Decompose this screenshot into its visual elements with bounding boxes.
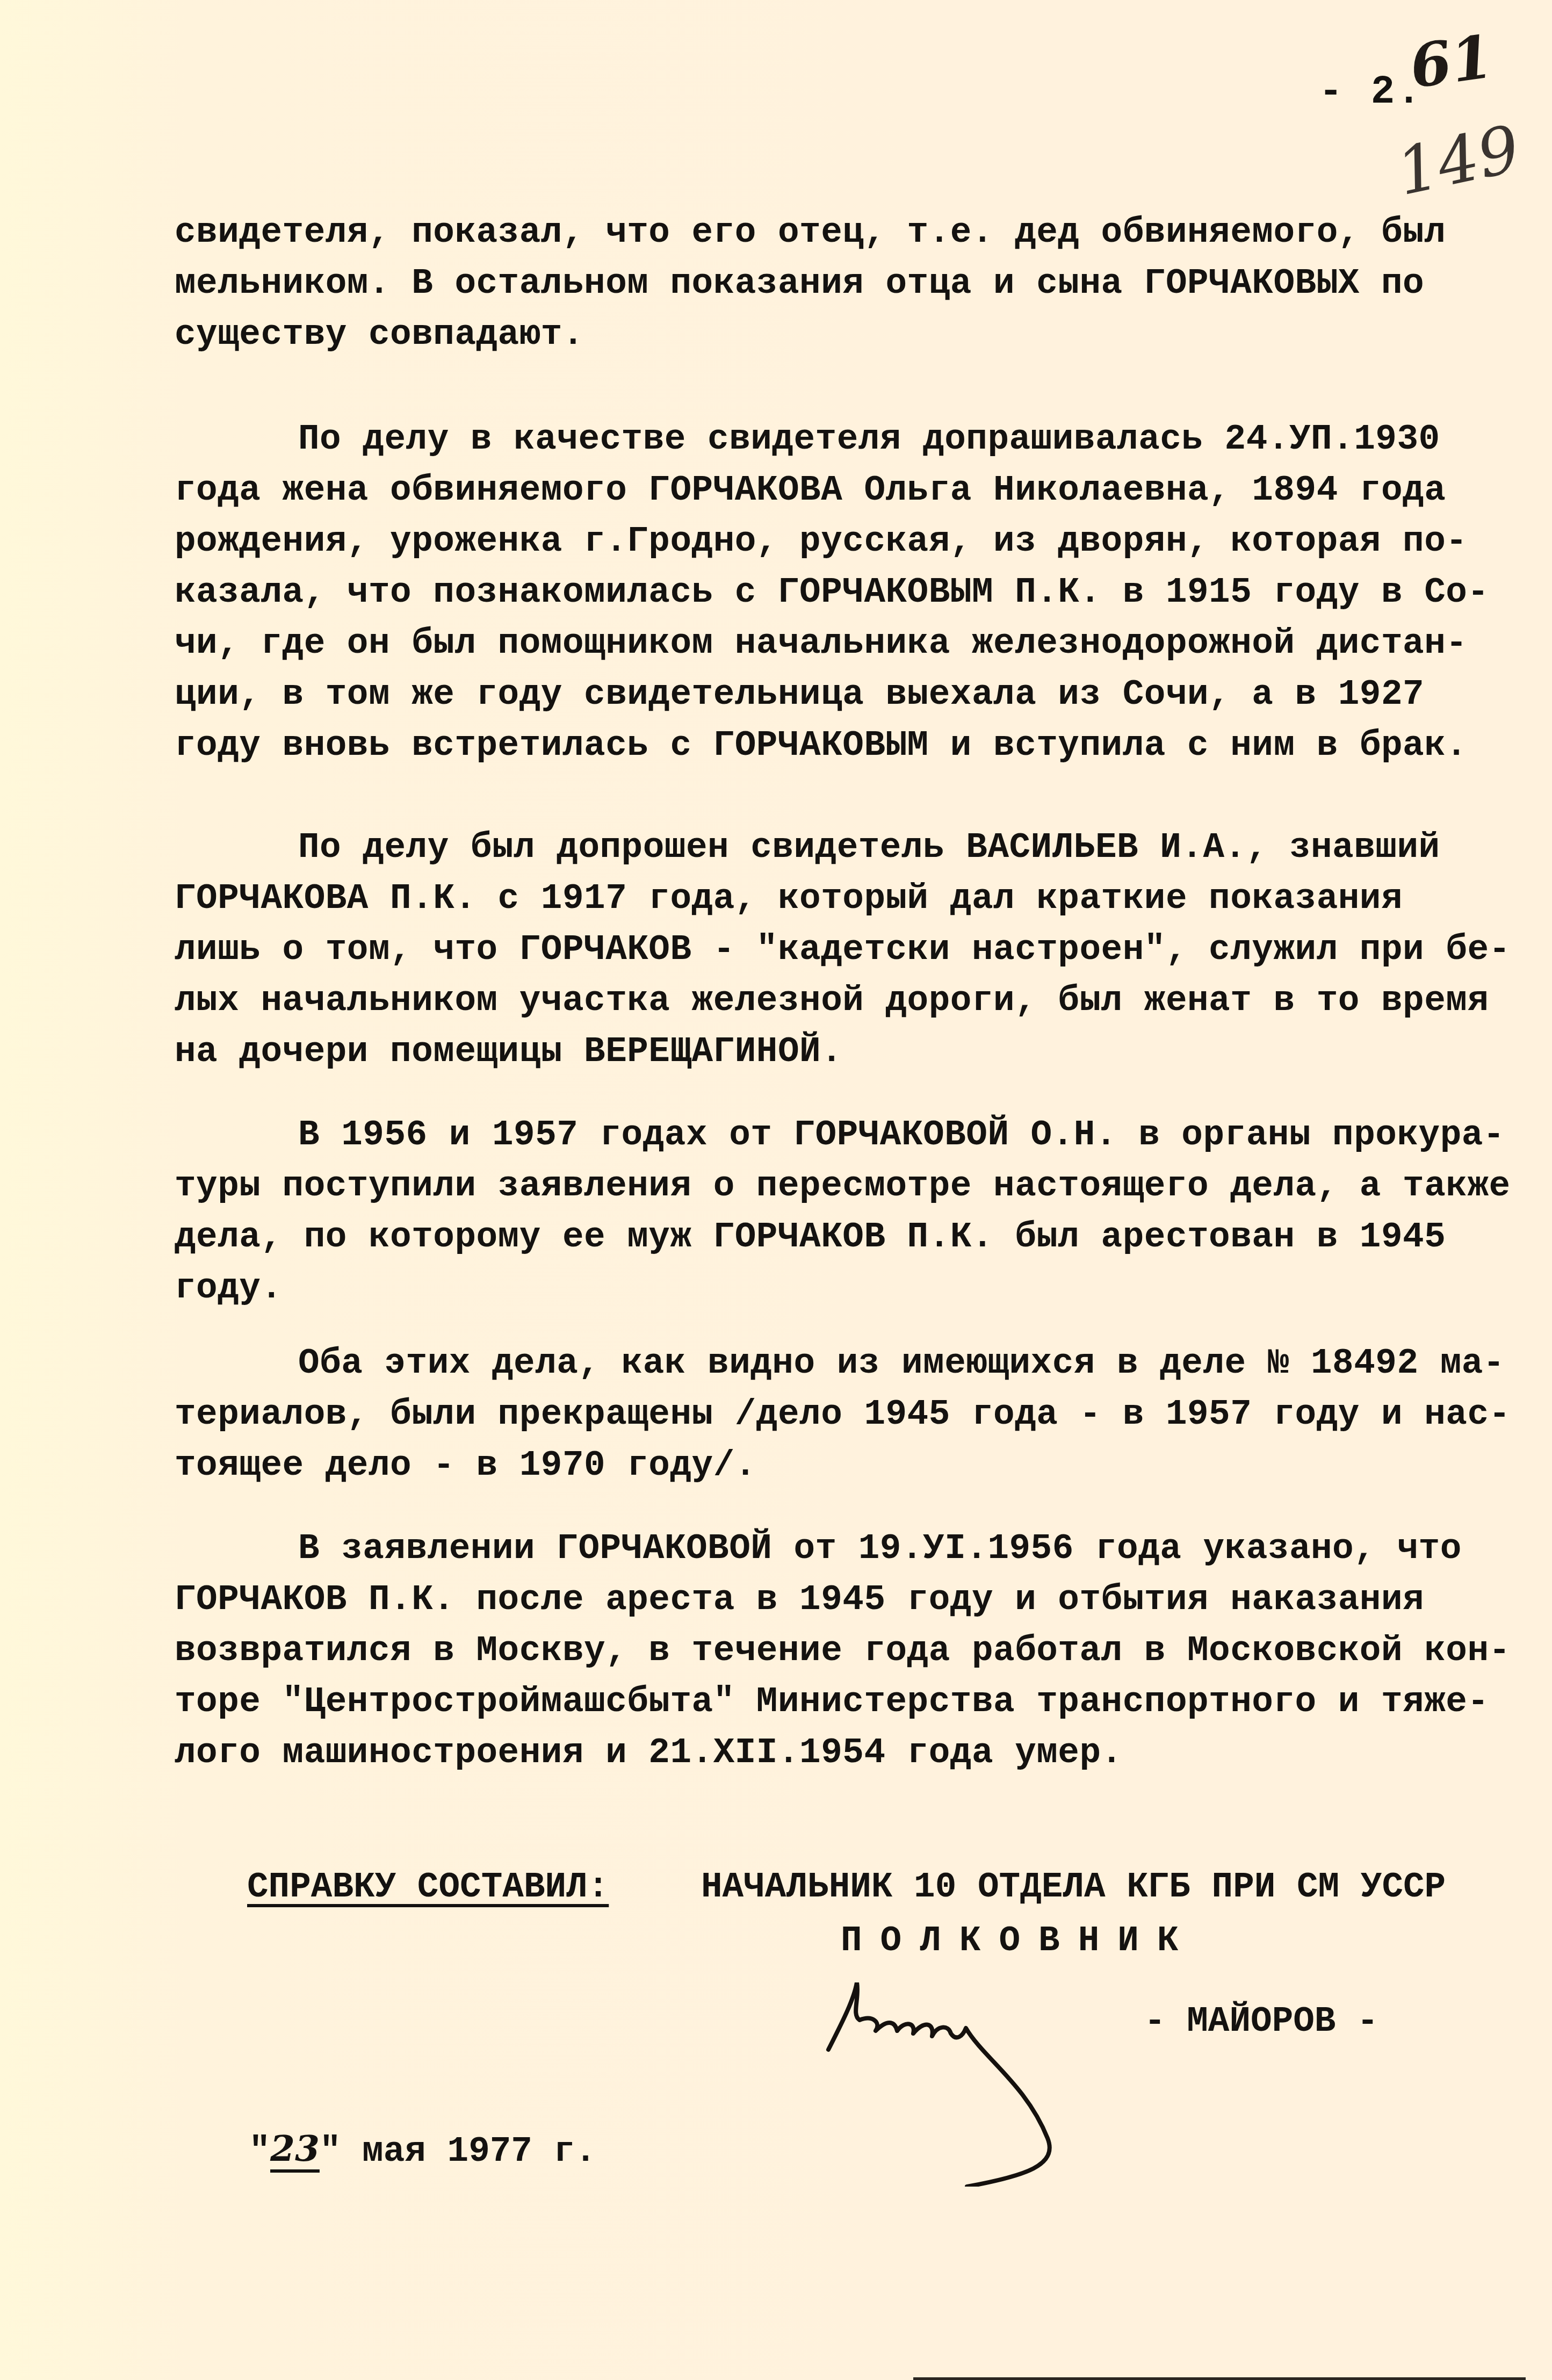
text-line: Оба этих дела, как видно из имеющихся в …: [175, 1338, 1459, 1389]
date-close-quote: ": [320, 2131, 341, 2172]
text-line: возвратился в Москву, в течение года раб…: [175, 1625, 1459, 1676]
text-line: По делу был допрошен свидетель ВАСИЛЬЕВ …: [175, 822, 1459, 873]
text-line: дела, по которому ее муж ГОРЧАКОВ П.К. б…: [175, 1211, 1459, 1263]
paragraph-review-requests: В 1956 и 1957 годах от ГОРЧАКОВОЙ О.Н. в…: [175, 1109, 1459, 1314]
text-line: ГОРЧАКОВ П.К. после ареста в 1945 году и…: [175, 1574, 1459, 1625]
text-line: лого машиностроения и 21.XII.1954 года у…: [175, 1727, 1459, 1778]
paragraph-cases-closed: Оба этих дела, как видно из имеющихся в …: [175, 1338, 1459, 1491]
handwritten-archive-number: 149: [1390, 112, 1526, 211]
author-name: - МАЙОРОВ -: [1144, 2001, 1378, 2042]
text-line: казала, что познакомилась с ГОРЧАКОВЫМ П…: [175, 567, 1459, 618]
handwritten-folio-number: 61: [1406, 21, 1497, 102]
date-day: 23: [270, 2127, 320, 2169]
text-line: тоящее дело - в 1970 году/.: [175, 1440, 1459, 1491]
text-line: териалов, были прекращены /дело 1945 год…: [175, 1389, 1459, 1440]
paragraph-continuation: свидетеля, показал, что его отец, т.е. д…: [175, 207, 1459, 360]
author-position: НАЧАЛЬНИК 10 ОТДЕЛА КГБ ПРИ СМ УССР: [701, 1867, 1446, 1907]
page-number: - 2.: [1319, 70, 1423, 115]
text-line: рождения, уроженка г.Гродно, русская, из…: [175, 516, 1459, 567]
text-line: лых начальником участка железной дороги,…: [175, 975, 1459, 1026]
author-rank: ПОЛКОВНИК: [841, 1921, 1196, 1961]
date-open-quote: ": [249, 2131, 270, 2172]
text-line: ции, в том же году свидетельница выехала…: [175, 669, 1459, 720]
document-page: - 2. 61 149 свидетеля, показал, что его …: [0, 0, 1552, 2380]
text-line: году.: [175, 1263, 1459, 1314]
text-line: туры поступили заявления о пересмотре на…: [175, 1160, 1459, 1211]
text-line: чи, где он был помощником начальника жел…: [175, 618, 1459, 669]
text-line: лишь о том, что ГОРЧАКОВ - "кадетски нас…: [175, 924, 1459, 975]
text-line: мельником. В остальном показания отца и …: [175, 258, 1459, 309]
text-line: года жена обвиняемого ГОРЧАКОВА Ольга Ни…: [175, 465, 1459, 516]
text-line: В заявлении ГОРЧАКОВОЙ от 19.УI.1956 год…: [175, 1523, 1459, 1574]
text-line: году вновь встретилась с ГОРЧАКОВЫМ и вс…: [175, 720, 1459, 771]
date-month-year: мая 1977 г.: [341, 2131, 596, 2172]
paragraph-statement-1956: В заявлении ГОРЧАКОВОЙ от 19.УI.1956 год…: [175, 1523, 1459, 1778]
compiled-by-label: СПРАВКУ СОСТАВИЛ:: [247, 1867, 609, 1907]
text-line: свидетеля, показал, что его отец, т.е. д…: [175, 207, 1459, 258]
text-line: ГОРЧАКОВА П.К. с 1917 года, который дал …: [175, 873, 1459, 924]
paragraph-wife-testimony: По делу в качестве свидетеля допрашивала…: [175, 414, 1459, 771]
text-line: существу совпадают.: [175, 309, 1459, 360]
paragraph-vasiliev-testimony: По делу был допрошен свидетель ВАСИЛЬЕВ …: [175, 822, 1459, 1077]
text-line: В 1956 и 1957 годах от ГОРЧАКОВОЙ О.Н. в…: [175, 1109, 1459, 1160]
text-line: на дочери помещицы ВЕРЕЩАГИНОЙ.: [175, 1026, 1459, 1077]
document-date: "23" мая 1977 г.: [164, 2087, 596, 2212]
page-bottom-edge: [913, 2377, 1526, 2380]
text-line: По делу в качестве свидетеля допрашивала…: [175, 414, 1459, 465]
text-line: торе "Центростроймашсбыта" Министерства …: [175, 1676, 1459, 1727]
handwritten-signature: [822, 1982, 1198, 2189]
